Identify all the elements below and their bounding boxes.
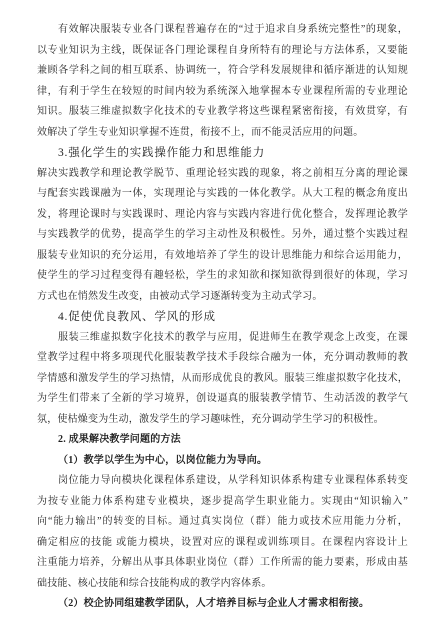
text-line: 岗位能力导向模块化课程体系建设，从学科知识体系构建专业课程体系转变 xyxy=(37,471,408,492)
text-line: 使学生的学习过程变得有趣轻松，学生的求知欲和探知欲得到很好的体现，学习 xyxy=(37,266,408,287)
text-line: 律，有利于学生在较短的时间内较为系统深入地掌握本专业课程所需的专业理论 xyxy=(37,82,408,103)
text-line: 4.促使优良教风、学风的形成 xyxy=(37,307,408,328)
text-line: 服装三维虚拟数字化技术的教学与应用，促进师生在教学观念上改变，在课 xyxy=(37,328,408,349)
text-line: 与配套实践课融为一体，实现理论与实践的一体化教学。从大工程的概念角度出 xyxy=(37,184,408,205)
text-line: 与实践教学的优势，提高学生的学习主动性及积极性。另外，通过整个实践过程 xyxy=(37,225,408,246)
text-line: 有效解决服装专业各门课程普遍存在的“过于追求自身系统完整性”的现象， xyxy=(37,20,408,41)
text-line: 发，将理论课时与实践课时、理论内容与实践内容进行优化整合，发挥理论教学 xyxy=(37,205,408,226)
document-text: 有效解决服装专业各门课程普遍存在的“过于追求自身系统完整性”的现象，以专业知识为… xyxy=(37,20,408,615)
text-line: 向“能力输出”的转变的目标。通过真实岗位（群）能力或技术应用能力分析， xyxy=(37,512,408,533)
text-line: 2. 成果解决教学问题的方法 xyxy=(37,430,408,451)
text-line: 注重能力培养，分解出从事具体职业岗位（群）工作所需的能力要素，形成由基 xyxy=(37,553,408,574)
text-line: 学情感和激发学生的学习热情，从而形成优良的教风。服装三维虚拟数字化技术， xyxy=(37,369,408,390)
text-line: 氛，使枯燥变为生动，激发学生的学习趣味性，充分调动学生学习的积极性。 xyxy=(37,410,408,431)
text-line: （2）校企协同组建教学团队，人才培养目标与企业人才需求相衔接。 xyxy=(37,594,408,615)
text-line: 为学生们带来了全新的学习境界，创设逼真的服装教学情节、生动活泼的教学气 xyxy=(37,389,408,410)
text-line: 知识。服装三维虚拟数字化技术的专业教学将这些课程紧密衔接，有效贯穿，有 xyxy=(37,102,408,123)
text-line: 础技能、核心技能和综合技能构成的教学内容体系。 xyxy=(37,574,408,595)
text-line: （1）教学以学生为中心，以岗位能力为导向。 xyxy=(37,451,408,472)
text-line: 兼顾各学科之间的相互联系、协调统一，符合学科发展规律和循序渐进的认知规 xyxy=(37,61,408,82)
text-line: 服装专业知识的充分运用，有效地培养了学生的设计思维能力和综合运用能力， xyxy=(37,246,408,267)
text-line: 确定相应的技能 或能力模块，设置对应的课程或训练项目。在课程内容设计上 xyxy=(37,533,408,554)
text-line: 3.强化学生的实践操作能力和思维能力 xyxy=(37,143,408,164)
text-line: 方式也在悄然发生改变，由被动式学习逐渐转变为主动式学习。 xyxy=(37,287,408,308)
text-line: 以专业知识为主线，既保证各门理论课程自身所特有的理论与方法体系，又要能 xyxy=(37,41,408,62)
document-page: 有效解决服装专业各门课程普遍存在的“过于追求自身系统完整性”的现象，以专业知识为… xyxy=(0,0,443,642)
text-line: 效解决了学生专业知识掌握不连贯，衔接不上，而不能灵活应用的问题。 xyxy=(37,123,408,144)
text-line: 为按专业能力体系构建专业模块，逐步提高学生职业能力。实现由“知识输入” xyxy=(37,492,408,513)
text-line: 堂教学过程中将多项现代化服装教学技术手段综合融为一体，充分调动教师的教 xyxy=(37,348,408,369)
text-line: 解决实践教学和理论教学脱节、重理论轻实践的现象，将之前相互分离的理论课 xyxy=(37,164,408,185)
